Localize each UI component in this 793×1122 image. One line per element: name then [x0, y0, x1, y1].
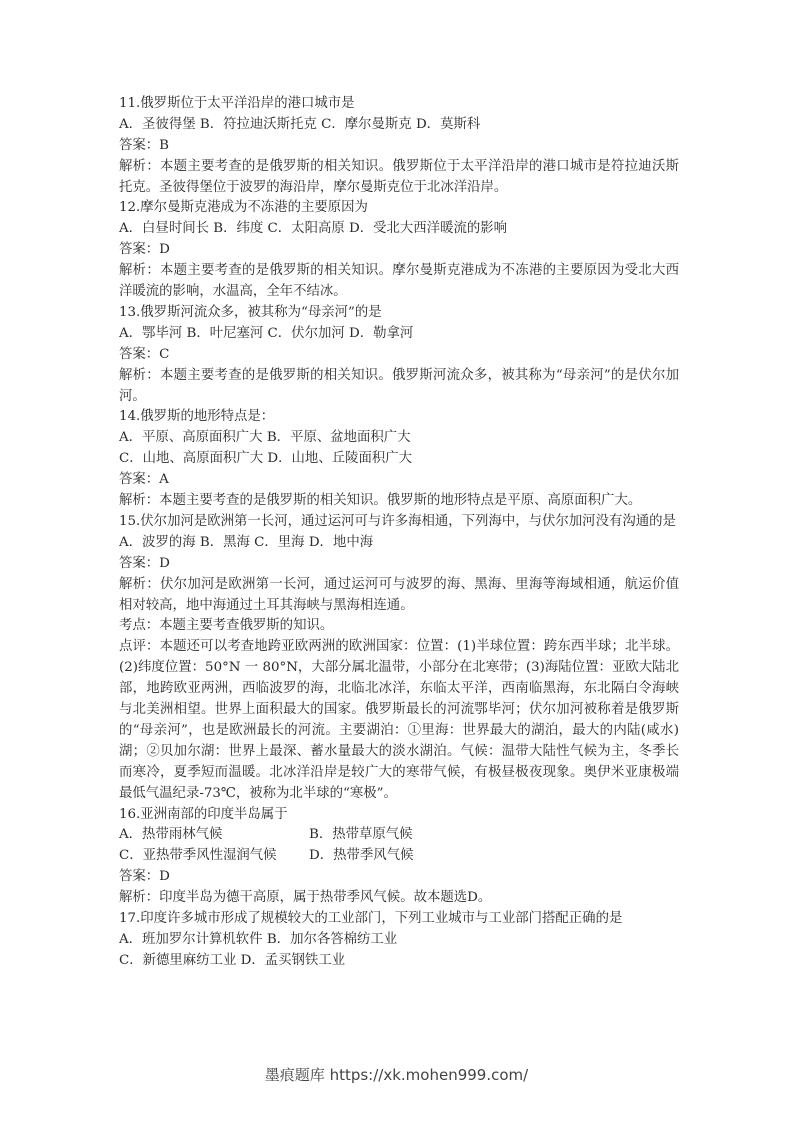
- question-stem: 16.亚洲南部的印度半岛属于: [119, 805, 679, 826]
- question-15: 15.伏尔加河是欧洲第一长河，通过运河可与许多海相通，下列海中，与伏尔加河没有沟…: [119, 512, 679, 805]
- question-options-cd: C．山地、高原面积广大 D．山地、丘陵面积广大: [119, 449, 679, 470]
- question-options-ab: A．班加罗尔计算机软件 B．加尔各答棉纺工业: [119, 930, 679, 951]
- question-options: A．圣彼得堡 B．符拉迪沃斯托克 C．摩尔曼斯克 D．莫斯科: [119, 115, 679, 136]
- question-analysis: 解析：本题主要考查的是俄罗斯的相关知识。俄罗斯位于太平洋沿岸的港口城市是符拉迪沃…: [119, 157, 679, 199]
- question-11: 11.俄罗斯位于太平洋沿岸的港口城市是 A．圣彼得堡 B．符拉迪沃斯托克 C．摩…: [119, 94, 679, 198]
- options-row-cd: C．亚热带季风性湿润气候 D．热带季风气候: [119, 846, 679, 867]
- question-options-ab: A．平原、高原面积广大 B．平原、盆地面积广大: [119, 428, 679, 449]
- question-dianping: 点评：本题还可以考查地跨亚欧两洲的欧洲国家：位置：(1)半球位置：跨东西半球；北…: [119, 637, 679, 804]
- option-a: A．热带雨林气候: [119, 825, 309, 846]
- question-answer: 答案：B: [119, 136, 679, 157]
- question-16: 16.亚洲南部的印度半岛属于 A．热带雨林气候 B．热带草原气候 C．亚热带季风…: [119, 805, 679, 910]
- question-options: A．波罗的海 B．黑海 C．里海 D．地中海: [119, 533, 679, 554]
- option-d: D．热带季风气候: [309, 846, 499, 867]
- question-stem: 17.印度许多城市形成了规模较大的工业部门，下列工业城市与工业部门搭配正确的是: [119, 909, 679, 930]
- question-answer: 答案：C: [119, 345, 679, 366]
- question-options: A．白昼时间长 B．纬度 C．太阳高原 D．受北大西洋暖流的影响: [119, 219, 679, 240]
- option-c: C．亚热带季风性湿润气候: [119, 846, 309, 867]
- question-kaodian: 考点：本题主要考查俄罗斯的知识。: [119, 616, 679, 637]
- question-stem: 13.俄罗斯河流众多，被其称为“母亲河”的是: [119, 303, 679, 324]
- question-analysis: 解析：本题主要考查的是俄罗斯的相关知识。俄罗斯的地形特点是平原、高原面积广大。: [119, 491, 679, 512]
- document-page: 11.俄罗斯位于太平洋沿岸的港口城市是 A．圣彼得堡 B．符拉迪沃斯托克 C．摩…: [119, 94, 679, 972]
- question-analysis: 解析：伏尔加河是欧洲第一长河，通过运河可与波罗的海、黑海、里海等海域相通，航运价…: [119, 575, 679, 617]
- question-answer: 答案：D: [119, 554, 679, 575]
- question-answer: 答案：D: [119, 240, 679, 261]
- question-answer: 答案：D: [119, 867, 679, 888]
- options-row-ab: A．热带雨林气候 B．热带草原气候: [119, 825, 679, 846]
- question-stem: 15.伏尔加河是欧洲第一长河，通过运河可与许多海相通，下列海中，与伏尔加河没有沟…: [119, 512, 679, 533]
- question-stem: 12.摩尔曼斯克港成为不冻港的主要原因为: [119, 198, 679, 219]
- question-analysis: 解析：印度半岛为德干高原，属于热带季风气候。故本题选D。: [119, 888, 679, 909]
- question-13: 13.俄罗斯河流众多，被其称为“母亲河”的是 A．鄂毕河 B．叶尼塞河 C．伏尔…: [119, 303, 679, 407]
- question-12: 12.摩尔曼斯克港成为不冻港的主要原因为 A．白昼时间长 B．纬度 C．太阳高原…: [119, 198, 679, 302]
- option-b: B．热带草原气候: [309, 825, 499, 846]
- question-17: 17.印度许多城市形成了规模较大的工业部门，下列工业城市与工业部门搭配正确的是 …: [119, 909, 679, 972]
- footer-watermark: 墨痕题库 https://xk.mohen999.com/: [0, 1064, 793, 1085]
- question-answer: 答案：A: [119, 470, 679, 491]
- question-options: A．鄂毕河 B．叶尼塞河 C．伏尔加河 D．勒拿河: [119, 324, 679, 345]
- question-options-cd: C．新德里麻纺工业 D．孟买钢铁工业: [119, 951, 679, 972]
- question-analysis: 解析：本题主要考查的是俄罗斯的相关知识。摩尔曼斯克港成为不冻港的主要原因为受北大…: [119, 261, 679, 303]
- question-stem: 11.俄罗斯位于太平洋沿岸的港口城市是: [119, 94, 679, 115]
- question-14: 14.俄罗斯的地形特点是： A．平原、高原面积广大 B．平原、盆地面积广大 C．…: [119, 407, 679, 511]
- question-analysis: 解析：本题主要考查的是俄罗斯的相关知识。俄罗斯河流众多，被其称为“母亲河”的是伏…: [119, 366, 679, 408]
- question-stem: 14.俄罗斯的地形特点是：: [119, 407, 679, 428]
